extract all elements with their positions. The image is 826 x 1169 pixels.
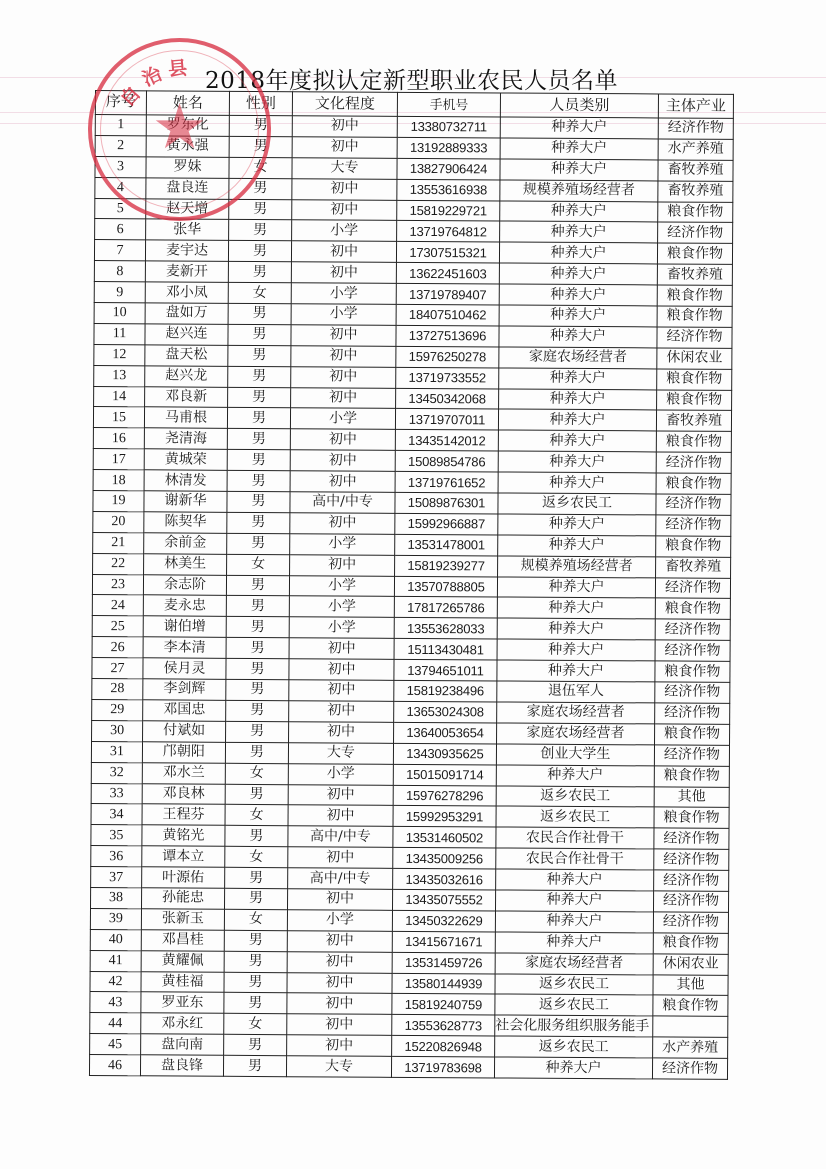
cell-col-phone: 13553628773: [392, 1015, 495, 1037]
cell-col-education: 初中: [289, 659, 394, 681]
cell-col-phone: 15089854786: [395, 451, 498, 473]
cell-col-index: 38: [91, 887, 142, 908]
cell-col-gender: 女: [225, 763, 288, 784]
cell-col-gender: 女: [228, 282, 291, 303]
cell-col-education: 初中: [287, 993, 392, 1015]
cell-col-gender: 男: [226, 700, 289, 721]
cell-col-index: 35: [91, 825, 142, 846]
cell-col-category: 种养大户: [498, 535, 656, 557]
cell-col-index: 5: [95, 198, 146, 219]
cell-col-industry: 粮食作物: [658, 202, 733, 223]
cell-col-education: 初中: [291, 262, 396, 284]
cell-col-index: 19: [93, 491, 144, 512]
cell-col-category: 家庭农场经营者: [499, 347, 657, 369]
cell-col-phone: 13727513696: [396, 325, 499, 347]
cell-col-education: 小学: [291, 283, 396, 305]
scanned-page: 2018年度拟认定新型职业农民人员名单 序号姓名性别文化程度手机号人员类别主体产…: [0, 0, 826, 1169]
cell-col-phone: 13553616938: [397, 179, 500, 201]
cell-col-category: 种养大户: [498, 472, 656, 494]
cell-col-industry: 畜牧养殖: [656, 410, 731, 431]
cell-col-index: 39: [90, 908, 141, 929]
cell-col-category: 种养大户: [500, 117, 658, 139]
cell-col-index: 1: [95, 115, 146, 136]
cell-col-gender: 男: [226, 638, 289, 659]
cell-col-index: 7: [94, 240, 145, 261]
cell-col-industry: 经济作物: [656, 515, 731, 536]
cell-col-name: 侯月灵: [143, 658, 226, 679]
cell-col-phone: 13719789407: [396, 283, 499, 305]
cell-col-phone: 13415671671: [392, 931, 495, 953]
cell-col-category: 种养大户: [496, 869, 654, 891]
cell-col-name: 黄永强: [146, 136, 229, 157]
cell-col-education: 初中: [289, 638, 394, 660]
cell-col-phone: 13192889333: [397, 137, 500, 159]
cell-col-index: 23: [92, 574, 143, 595]
table-body: 1罗东化男初中13380732711种养大户经济作物2黄永强男初中1319288…: [89, 115, 733, 1080]
cell-col-gender: 女: [229, 157, 292, 178]
cell-col-gender: 女: [224, 909, 287, 930]
cell-col-phone: 13622451603: [396, 263, 499, 285]
cell-col-index: 31: [91, 741, 142, 762]
cell-col-index: 30: [92, 720, 143, 741]
cell-col-gender: 男: [228, 262, 291, 283]
cell-col-education: 高中/中专: [288, 868, 393, 890]
cell-col-index: 10: [94, 303, 145, 324]
cell-col-gender: 女: [224, 1014, 287, 1035]
cell-col-index: 16: [93, 428, 144, 449]
cell-col-name: 林清发: [144, 470, 227, 491]
cell-col-industry: 经济作物: [655, 682, 730, 703]
cell-col-gender: 男: [227, 491, 290, 512]
cell-col-name: 盘向南: [141, 1034, 224, 1055]
cell-col-gender: 男: [228, 366, 291, 387]
cell-col-name: 黄桂福: [141, 971, 224, 992]
cell-col-category: 种养大户: [496, 765, 654, 787]
cell-col-industry: 畜牧养殖: [658, 181, 733, 202]
cell-col-gender: 男: [229, 136, 292, 157]
cell-col-gender: 男: [226, 721, 289, 742]
cell-col-category: 种养大户: [500, 159, 658, 181]
cell-col-name: 赵兴龙: [145, 365, 228, 386]
cell-col-category: 创业大学生: [496, 744, 654, 766]
cell-col-index: 32: [91, 762, 142, 783]
cell-col-name: 麦宇达: [145, 240, 228, 261]
cell-col-education: 小学: [291, 304, 396, 326]
cell-col-education: 初中: [288, 847, 393, 869]
cell-col-industry: 畜牧养殖: [658, 160, 733, 181]
cell-col-education: 初中: [290, 513, 395, 535]
cell-col-gender: 男: [229, 115, 292, 136]
cell-col-industry: 其他: [654, 786, 729, 807]
cell-col-category: 家庭农场经营者: [497, 723, 655, 745]
cell-col-name: 邝朝阳: [142, 742, 225, 763]
cell-col-phone: 13435032616: [393, 868, 496, 890]
cell-col-name: 赵天增: [146, 198, 229, 219]
cell-col-industry: 畜牧养殖: [656, 557, 731, 578]
cell-col-name: 盘天松: [145, 345, 228, 366]
cell-col-industry: 经济作物: [654, 745, 729, 766]
cell-col-category: 种养大户: [498, 514, 656, 536]
cell-col-industry: 经济作物: [654, 849, 729, 870]
cell-col-name: 麦新开: [145, 261, 228, 282]
cell-col-name: 邓国忠: [143, 700, 226, 721]
cell-col-education: 初中: [289, 722, 394, 744]
cell-col-index: 34: [91, 804, 142, 825]
cell-col-education: 小学: [289, 617, 394, 639]
cell-col-industry: 粮食作物: [656, 431, 731, 452]
cell-col-name: 马甫根: [144, 407, 227, 428]
cell-col-phone: 13719733552: [396, 367, 499, 389]
cell-col-gender: 男: [228, 303, 291, 324]
cell-col-education: 初中: [292, 178, 397, 200]
cell-col-index: 12: [94, 344, 145, 365]
cell-col-index: 14: [94, 386, 145, 407]
cell-col-education: 初中: [290, 554, 395, 576]
cell-col-industry: 粮食作物: [653, 933, 728, 954]
cell-col-education: 高中/中专: [290, 492, 395, 514]
cell-col-phone: 15089876301: [395, 492, 498, 514]
cell-col-phone: 13794651011: [394, 659, 497, 681]
cell-col-phone: 13435075552: [392, 889, 495, 911]
member-list-table: 序号姓名性别文化程度手机号人员类别主体产业 1罗东化男初中13380732711…: [89, 90, 734, 1080]
cell-col-industry: 经济作物: [652, 1058, 727, 1079]
cell-col-category: 种养大户: [494, 1057, 652, 1079]
cell-col-category: 种养大户: [500, 221, 658, 243]
cell-col-gender: 男: [228, 241, 291, 262]
cell-col-phone: 13531460502: [393, 827, 496, 849]
cell-col-education: 初中: [291, 387, 396, 409]
cell-col-category: 农民合作社骨干: [496, 848, 654, 870]
cell-col-name: 邓小凤: [145, 282, 228, 303]
cell-col-category: 种养大户: [500, 201, 658, 223]
cell-col-category: 返乡农民工: [496, 785, 654, 807]
cell-col-industry: 经济作物: [653, 912, 728, 933]
cell-col-gender: 男: [226, 658, 289, 679]
cell-col-index: 9: [94, 282, 145, 303]
cell-col-industry: 经济作物: [656, 494, 731, 515]
cell-col-industry: 经济作物: [655, 640, 730, 661]
cell-col-name: 黄铭光: [142, 825, 225, 846]
cell-col-education: 初中: [292, 199, 397, 221]
cell-col-gender: 男: [225, 742, 288, 763]
cell-col-category: 规模养殖场经营者: [500, 180, 658, 202]
cell-col-industry: 粮食作物: [657, 306, 732, 327]
cell-col-education: 初中: [290, 450, 395, 472]
cell-col-industry: 经济作物: [654, 828, 729, 849]
cell-col-index: 36: [91, 846, 142, 867]
cell-col-phone: 15819238496: [394, 680, 497, 702]
cell-col-phone: 13719783698: [391, 1056, 494, 1078]
cell-col-index: 17: [93, 449, 144, 470]
cell-col-industry: 粮食作物: [654, 807, 729, 828]
header-col-phone: 手机号: [397, 92, 500, 117]
cell-col-index: 37: [91, 867, 142, 888]
cell-col-name: 王程芬: [142, 804, 225, 825]
document-title: 2018年度拟认定新型职业农民人员名单: [205, 62, 645, 95]
cell-col-phone: 13450342068: [396, 388, 499, 410]
cell-col-gender: 女: [225, 846, 288, 867]
cell-col-index: 46: [89, 1055, 140, 1076]
cell-col-education: 小学: [288, 763, 393, 785]
cell-col-industry: 经济作物: [655, 578, 730, 599]
cell-col-education: 初中: [290, 471, 395, 493]
cell-col-index: 11: [94, 323, 145, 344]
cell-col-education: 初中: [287, 889, 392, 911]
cell-col-education: 初中: [290, 429, 395, 451]
cell-col-name: 张新玉: [141, 909, 224, 930]
cell-col-name: 付斌如: [143, 721, 226, 742]
cell-col-industry: 经济作物: [653, 891, 728, 912]
cell-col-industry: 经济作物: [656, 452, 731, 473]
cell-col-category: 种养大户: [498, 451, 656, 473]
cell-col-category: 退伍军人: [497, 681, 655, 703]
cell-col-industry: 经济作物: [654, 870, 729, 891]
cell-col-gender: 男: [227, 512, 290, 533]
cell-col-industry: 经济作物: [658, 118, 733, 139]
cell-col-name: 余志阶: [143, 574, 226, 595]
cell-col-gender: 男: [228, 324, 291, 345]
cell-col-category: 种养大户: [498, 430, 656, 452]
cell-col-gender: 男: [224, 951, 287, 972]
cell-col-name: 林美生: [144, 554, 227, 575]
cell-col-industry: 粮食作物: [655, 661, 730, 682]
cell-col-education: 初中: [287, 930, 392, 952]
cell-col-gender: 男: [223, 1055, 286, 1076]
cell-col-index: 4: [95, 177, 146, 198]
cell-col-index: 20: [93, 511, 144, 532]
seal-char: 治: [137, 59, 166, 92]
cell-col-gender: 男: [227, 470, 290, 491]
cell-col-category: 返乡农民工: [498, 493, 656, 515]
cell-col-phone: 13719707011: [395, 409, 498, 431]
cell-col-index: 41: [90, 950, 141, 971]
cell-col-name: 黄耀佩: [141, 950, 224, 971]
cell-col-name: 盘良锋: [140, 1055, 223, 1076]
cell-col-gender: 男: [228, 387, 291, 408]
cell-col-gender: 男: [225, 867, 288, 888]
cell-col-category: 种养大户: [495, 911, 653, 933]
cell-col-education: 初中: [289, 701, 394, 723]
cell-col-index: 25: [92, 616, 143, 637]
cell-col-index: 27: [92, 658, 143, 679]
cell-col-gender: 女: [227, 554, 290, 575]
cell-col-name: 盘良连: [146, 177, 229, 198]
cell-col-index: 26: [92, 637, 143, 658]
cell-col-category: 种养大户: [497, 577, 655, 599]
cell-col-name: 邓水兰: [142, 762, 225, 783]
cell-col-category: 返乡农民工: [496, 806, 654, 828]
cell-col-category: 种养大户: [499, 263, 657, 285]
cell-col-education: 小学: [287, 910, 392, 932]
cell-col-phone: 15819229721: [397, 200, 500, 222]
cell-col-index: 28: [92, 679, 143, 700]
cell-col-gender: 男: [226, 679, 289, 700]
cell-col-phone: 13719764812: [397, 221, 500, 243]
cell-col-education: 初中: [291, 325, 396, 347]
cell-col-phone: 13553628033: [394, 618, 497, 640]
cell-col-name: 黄城荣: [144, 449, 227, 470]
cell-col-index: 29: [92, 699, 143, 720]
cell-col-education: 小学: [292, 220, 397, 242]
cell-col-name: 罗妹: [146, 157, 229, 178]
cell-col-education: 小学: [289, 596, 394, 618]
cell-col-education: 小学: [290, 408, 395, 430]
cell-col-industry: 粮食作物: [655, 598, 730, 619]
cell-col-category: 种养大户: [498, 409, 656, 431]
cell-col-name: 陈契华: [144, 512, 227, 533]
cell-col-index: 13: [94, 365, 145, 386]
cell-col-phone: 15976250278: [396, 346, 499, 368]
cell-col-industry: 经济作物: [655, 619, 730, 640]
cell-col-category: 种养大户: [497, 597, 655, 619]
cell-col-name: 邓良林: [142, 783, 225, 804]
header-col-education: 文化程度: [292, 92, 397, 117]
cell-col-industry: 粮食作物: [657, 369, 732, 390]
cell-col-industry: 畜牧养殖: [657, 264, 732, 285]
cell-col-gender: 男: [229, 178, 292, 199]
cell-col-gender: 男: [224, 993, 287, 1014]
cell-col-category: 种养大户: [499, 305, 657, 327]
cell-col-gender: 男: [224, 1034, 287, 1055]
cell-col-phone: 15113430481: [394, 639, 497, 661]
cell-col-phone: 13435009256: [393, 848, 496, 870]
cell-col-category: 返乡农民工: [495, 994, 653, 1016]
cell-col-gender: 男: [228, 345, 291, 366]
cell-col-gender: 男: [229, 220, 292, 241]
cell-col-gender: 男: [226, 596, 289, 617]
cell-col-industry: 粮食作物: [656, 473, 731, 494]
cell-col-industry: 粮食作物: [657, 390, 732, 411]
cell-col-category: 种养大户: [495, 932, 653, 954]
cell-col-category: 规模养殖场经营者: [498, 556, 656, 578]
cell-col-phone: 13570788805: [394, 576, 497, 598]
cell-col-category: 种养大户: [497, 660, 655, 682]
cell-col-index: 18: [93, 470, 144, 491]
cell-col-index: 45: [90, 1034, 141, 1055]
header-col-index: 序号: [95, 91, 146, 115]
cell-col-index: 6: [95, 219, 146, 240]
cell-col-name: 叶源佑: [142, 867, 225, 888]
cell-col-gender: 男: [225, 826, 288, 847]
cell-col-gender: 男: [227, 450, 290, 471]
cell-col-gender: 男: [226, 617, 289, 638]
cell-col-index: 43: [90, 992, 141, 1013]
cell-col-industry: 休闲农业: [657, 348, 732, 369]
cell-col-gender: 男: [227, 429, 290, 450]
header-col-name: 姓名: [146, 91, 229, 116]
cell-col-name: 谭本立: [142, 846, 225, 867]
cell-col-category: 种养大户: [497, 639, 655, 661]
cell-col-category: 种养大户: [499, 389, 657, 411]
cell-col-phone: 13719761652: [395, 471, 498, 493]
cell-col-category: 返乡农民工: [495, 973, 653, 995]
cell-col-industry: 粮食作物: [655, 724, 730, 745]
cell-col-education: 小学: [289, 575, 394, 597]
cell-col-phone: 15015091714: [393, 764, 496, 786]
cell-col-gender: 男: [227, 533, 290, 554]
cell-col-education: 大专: [288, 742, 393, 764]
cell-col-phone: 17307515321: [396, 242, 499, 264]
cell-col-index: 21: [93, 532, 144, 553]
cell-col-phone: 15976278296: [393, 785, 496, 807]
cell-col-name: 谢伯增: [143, 616, 226, 637]
cell-col-industry: 粮食作物: [656, 536, 731, 557]
cell-col-index: 22: [93, 553, 144, 574]
cell-col-name: 盘如万: [145, 303, 228, 324]
cell-col-education: 初中: [287, 972, 392, 994]
cell-col-phone: 18407510462: [396, 304, 499, 326]
cell-col-education: 初中: [287, 951, 392, 973]
cell-col-phone: 13450322629: [392, 910, 495, 932]
cell-col-phone: 13380732711: [397, 116, 500, 138]
cell-col-name: 谢新华: [144, 491, 227, 512]
cell-col-industry: 粮食作物: [657, 285, 732, 306]
cell-col-education: 大专: [292, 157, 397, 179]
cell-col-gender: 女: [225, 805, 288, 826]
cell-col-index: 3: [95, 156, 146, 177]
cell-col-name: 麦永忠: [143, 595, 226, 616]
cell-col-gender: 男: [224, 888, 287, 909]
cell-col-index: 44: [90, 1013, 141, 1034]
cell-col-gender: 男: [227, 408, 290, 429]
cell-col-name: 李剑辉: [143, 679, 226, 700]
cell-col-name: 邓永红: [141, 1013, 224, 1034]
cell-col-gender: 男: [225, 784, 288, 805]
cell-col-phone: 17817265786: [394, 597, 497, 619]
cell-col-phone: 13531478001: [395, 534, 498, 556]
cell-col-category: 农业社会化服务组织服务能手: [495, 1015, 653, 1037]
cell-col-category: 种养大户: [497, 618, 655, 640]
cell-col-industry: 水产养殖: [653, 1037, 728, 1058]
cell-col-name: 张华: [146, 219, 229, 240]
cell-col-phone: 15220826948: [392, 1036, 495, 1058]
cell-col-phone: 13435142012: [395, 430, 498, 452]
cell-col-education: 高中/中专: [288, 826, 393, 848]
cell-col-index: 15: [93, 407, 144, 428]
cell-col-name: 孙能忠: [142, 888, 225, 909]
cell-col-industry: 经济作物: [658, 222, 733, 243]
cell-col-industry: 粮食作物: [657, 243, 732, 264]
cell-col-industry: 粮食作物: [654, 766, 729, 787]
cell-col-phone: 15992966887: [395, 513, 498, 535]
cell-col-phone: 13653024308: [394, 701, 497, 723]
cell-col-name: 邓昌桂: [141, 930, 224, 951]
cell-col-category: 返乡农民工: [495, 1036, 653, 1058]
cell-col-name: 余前金: [144, 533, 227, 554]
cell-col-education: 初中: [291, 345, 396, 367]
cell-col-phone: 13827906424: [397, 158, 500, 180]
cell-col-phone: 13531459726: [392, 952, 495, 974]
cell-col-index: 8: [94, 261, 145, 282]
cell-col-category: 种养大户: [500, 138, 658, 160]
header-col-gender: 性别: [229, 91, 292, 115]
cell-col-category: 种养大户: [499, 284, 657, 306]
cell-col-index: 33: [91, 783, 142, 804]
cell-col-category: 种养大户: [499, 326, 657, 348]
cell-col-education: 初中: [289, 680, 394, 702]
cell-col-name: 尧清海: [144, 428, 227, 449]
cell-col-education: 初中: [287, 1035, 392, 1057]
cell-col-index: 40: [90, 929, 141, 950]
cell-col-industry: 粮食作物: [653, 995, 728, 1016]
header-col-category: 人员类别: [500, 93, 658, 118]
cell-col-category: 农民合作社骨干: [496, 827, 654, 849]
cell-col-industry: 水产养殖: [658, 139, 733, 160]
cell-col-phone: 13580144939: [392, 973, 495, 995]
cell-col-industry: 其他: [653, 974, 728, 995]
cell-col-gender: 男: [226, 575, 289, 596]
cell-col-education: 初中: [292, 137, 397, 159]
